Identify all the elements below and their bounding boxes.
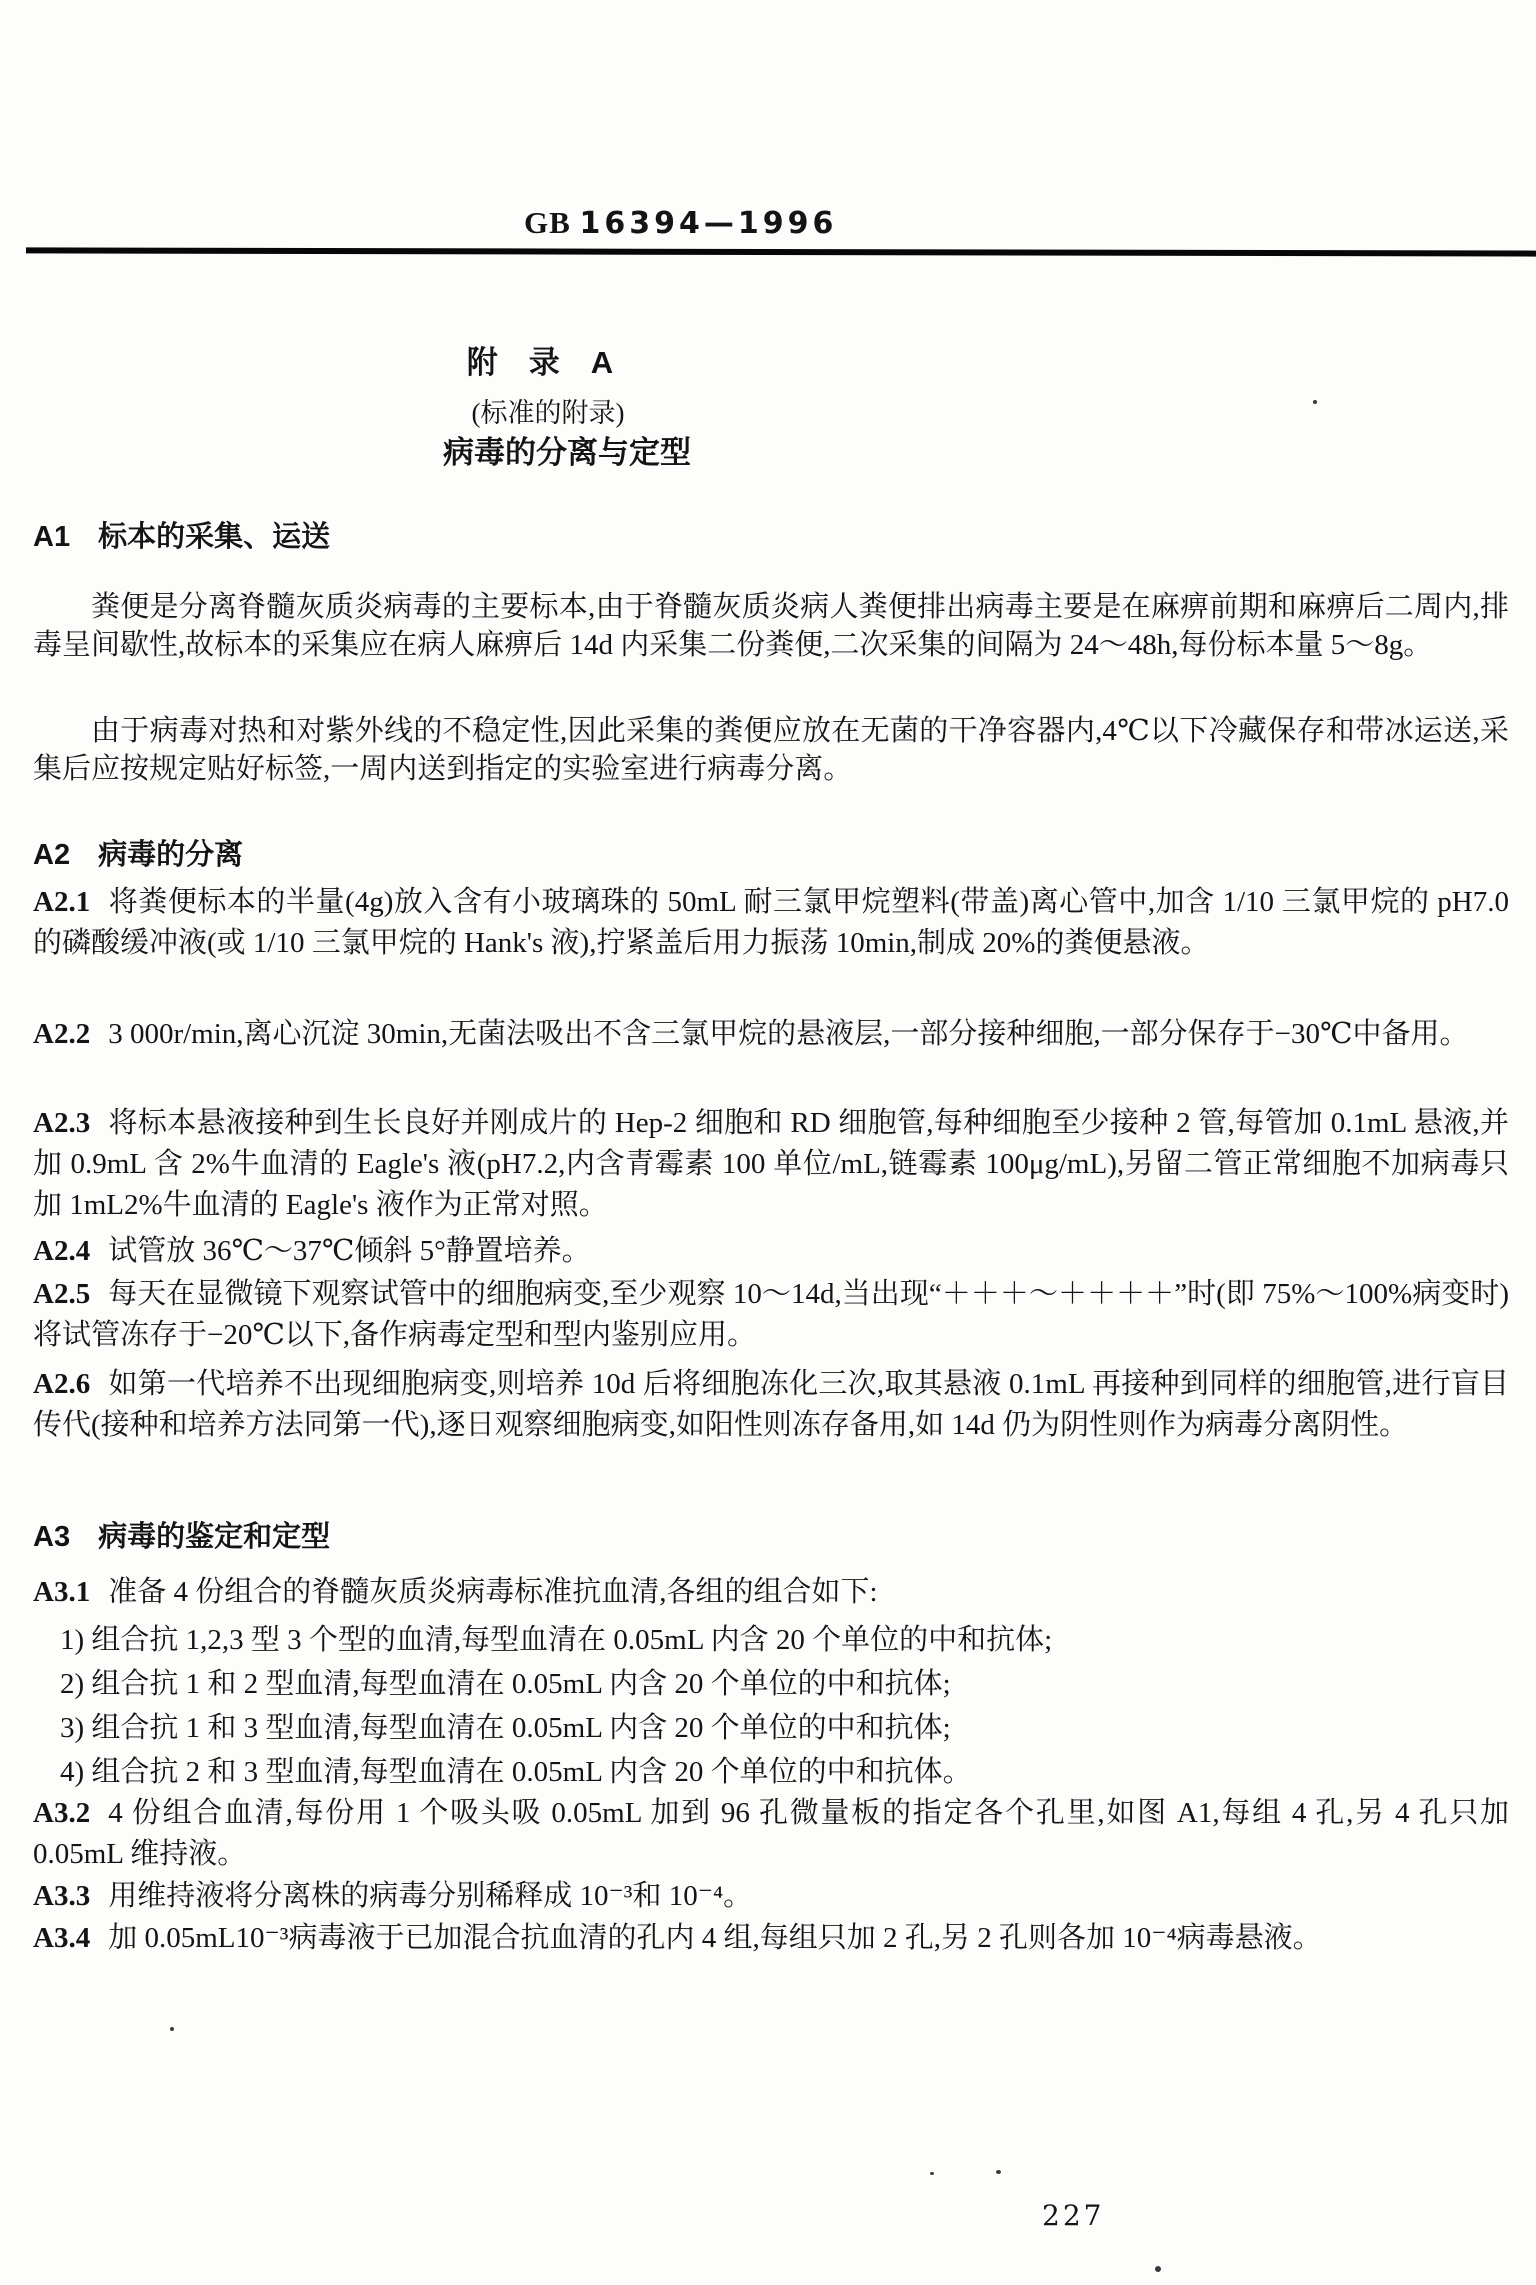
section-title: 病毒的鉴定和定型: [98, 1521, 330, 1553]
section-label: A2: [33, 839, 70, 871]
section-heading-a1: A1标本的采集、运送: [33, 514, 330, 555]
clause-label: A3.1: [33, 1576, 90, 1608]
scan-speck: [930, 2172, 934, 2175]
section-label: A3: [33, 1521, 70, 1553]
scan-speck: [996, 2170, 1001, 2174]
scanned-standard-page: { "header": { "code_prefix": "GB", "code…: [0, 0, 1536, 2285]
clause-text: 将粪便标本的半量(4g)放入含有小玻璃珠的 50mL 耐三氯甲烷塑料(带盖)离心…: [33, 886, 1509, 959]
clause-text: 每天在显微镜下观察试管中的细胞病变,至少观察 10～14d,当出现“＋＋＋～＋＋…: [33, 1278, 1509, 1351]
clause-a2-2: A2.23 000r/min,离心沉淀 30min,无菌法吸出不含三氯甲烷的悬液…: [33, 1014, 1509, 1055]
clause-a2-5: A2.5每天在显微镜下观察试管中的细胞病变,至少观察 10～14d,当出现“＋＋…: [33, 1274, 1509, 1356]
clause-text: 4 份组合血清,每份用 1 个吸头吸 0.05mL 加到 96 孔微量板的指定各…: [33, 1797, 1509, 1870]
paragraph: 粪便是分离脊髓灰质炎病毒的主要标本,由于脊髓灰质炎病人粪便排出病毒主要是在麻痹前…: [33, 588, 1509, 664]
section-title: 病毒的分离: [98, 839, 243, 871]
clause-label: A2.1: [33, 886, 90, 918]
clause-label: A2.4: [33, 1235, 90, 1267]
page-number: 227: [1042, 2199, 1104, 2232]
scan-speck: [1155, 2266, 1161, 2272]
list-item: 1) 组合抗 1,2,3 型 3 个型的血清,每型血清在 0.05mL 内含 2…: [60, 1618, 1509, 1662]
clause-text: 加 0.05mL10⁻³病毒液于已加混合抗血清的孔内 4 组,每组只加 2 孔,…: [108, 1922, 1321, 1954]
text-column: A1标本的采集、运送 粪便是分离脊髓灰质炎病毒的主要标本,由于脊髓灰质炎病人粪便…: [33, 0, 1509, 2285]
clause-label: A2.2: [33, 1018, 90, 1050]
clause-text: 将标本悬液接种到生长良好并刚成片的 Hep-2 细胞和 RD 细胞管,每种细胞至…: [33, 1107, 1509, 1221]
clause-a2-6: A2.6如第一代培养不出现细胞病变,则培养 10d 后将细胞冻化三次,取其悬液 …: [33, 1364, 1509, 1446]
clause-label: A3.4: [33, 1922, 90, 1954]
clause-text: 3 000r/min,离心沉淀 30min,无菌法吸出不含三氯甲烷的悬液层,一部…: [108, 1018, 1468, 1050]
list-item: 2) 组合抗 1 和 2 型血清,每型血清在 0.05mL 内含 20 个单位的…: [60, 1662, 1509, 1706]
clause-text: 准备 4 份组合的脊髓灰质炎病毒标准抗血清,各组的组合如下:: [108, 1576, 877, 1608]
paragraph: 由于病毒对热和对紫外线的不稳定性,因此采集的粪便应放在无菌的干净容器内,4℃以下…: [33, 712, 1509, 788]
list-item: 4) 组合抗 2 和 3 型血清,每型血清在 0.05mL 内含 20 个单位的…: [60, 1750, 1509, 1794]
clause-a2-4: A2.4试管放 36℃～37℃倾斜 5°静置培养。: [33, 1231, 1509, 1272]
section-label: A1: [33, 521, 70, 553]
clause-label: A2.3: [33, 1107, 90, 1139]
clause-label: A3.2: [33, 1797, 90, 1829]
clause-a3-3: A3.3用维持液将分离株的病毒分别稀释成 10⁻³和 10⁻⁴。: [33, 1876, 1509, 1917]
clause-a3-4: A3.4加 0.05mL10⁻³病毒液于已加混合抗血清的孔内 4 组,每组只加 …: [33, 1918, 1509, 1959]
clause-a3-2: A3.24 份组合血清,每份用 1 个吸头吸 0.05mL 加到 96 孔微量板…: [33, 1793, 1509, 1875]
serum-combination-list: 1) 组合抗 1,2,3 型 3 个型的血清,每型血清在 0.05mL 内含 2…: [33, 1618, 1509, 1794]
scan-speck: [1313, 400, 1317, 404]
clause-label: A3.3: [33, 1880, 90, 1912]
clause-a2-1: A2.1将粪便标本的半量(4g)放入含有小玻璃珠的 50mL 耐三氯甲烷塑料(带…: [33, 882, 1509, 964]
clause-text: 如第一代培养不出现细胞病变,则培养 10d 后将细胞冻化三次,取其悬液 0.1m…: [33, 1368, 1509, 1441]
clause-label: A2.6: [33, 1368, 90, 1400]
clause-text: 试管放 36℃～37℃倾斜 5°静置培养。: [108, 1235, 590, 1267]
clause-a2-3: A2.3将标本悬液接种到生长良好并刚成片的 Hep-2 细胞和 RD 细胞管,每…: [33, 1103, 1509, 1226]
section-title: 标本的采集、运送: [98, 521, 330, 553]
list-item: 3) 组合抗 1 和 3 型血清,每型血清在 0.05mL 内含 20 个单位的…: [60, 1706, 1509, 1750]
clause-text: 用维持液将分离株的病毒分别稀释成 10⁻³和 10⁻⁴。: [108, 1880, 752, 1912]
section-heading-a3: A3病毒的鉴定和定型: [33, 1514, 330, 1555]
section-heading-a2: A2病毒的分离: [33, 832, 243, 873]
clause-a3-1: A3.1准备 4 份组合的脊髓灰质炎病毒标准抗血清,各组的组合如下:: [33, 1572, 1509, 1613]
scan-speck: [170, 2027, 174, 2031]
clause-label: A2.5: [33, 1278, 90, 1310]
